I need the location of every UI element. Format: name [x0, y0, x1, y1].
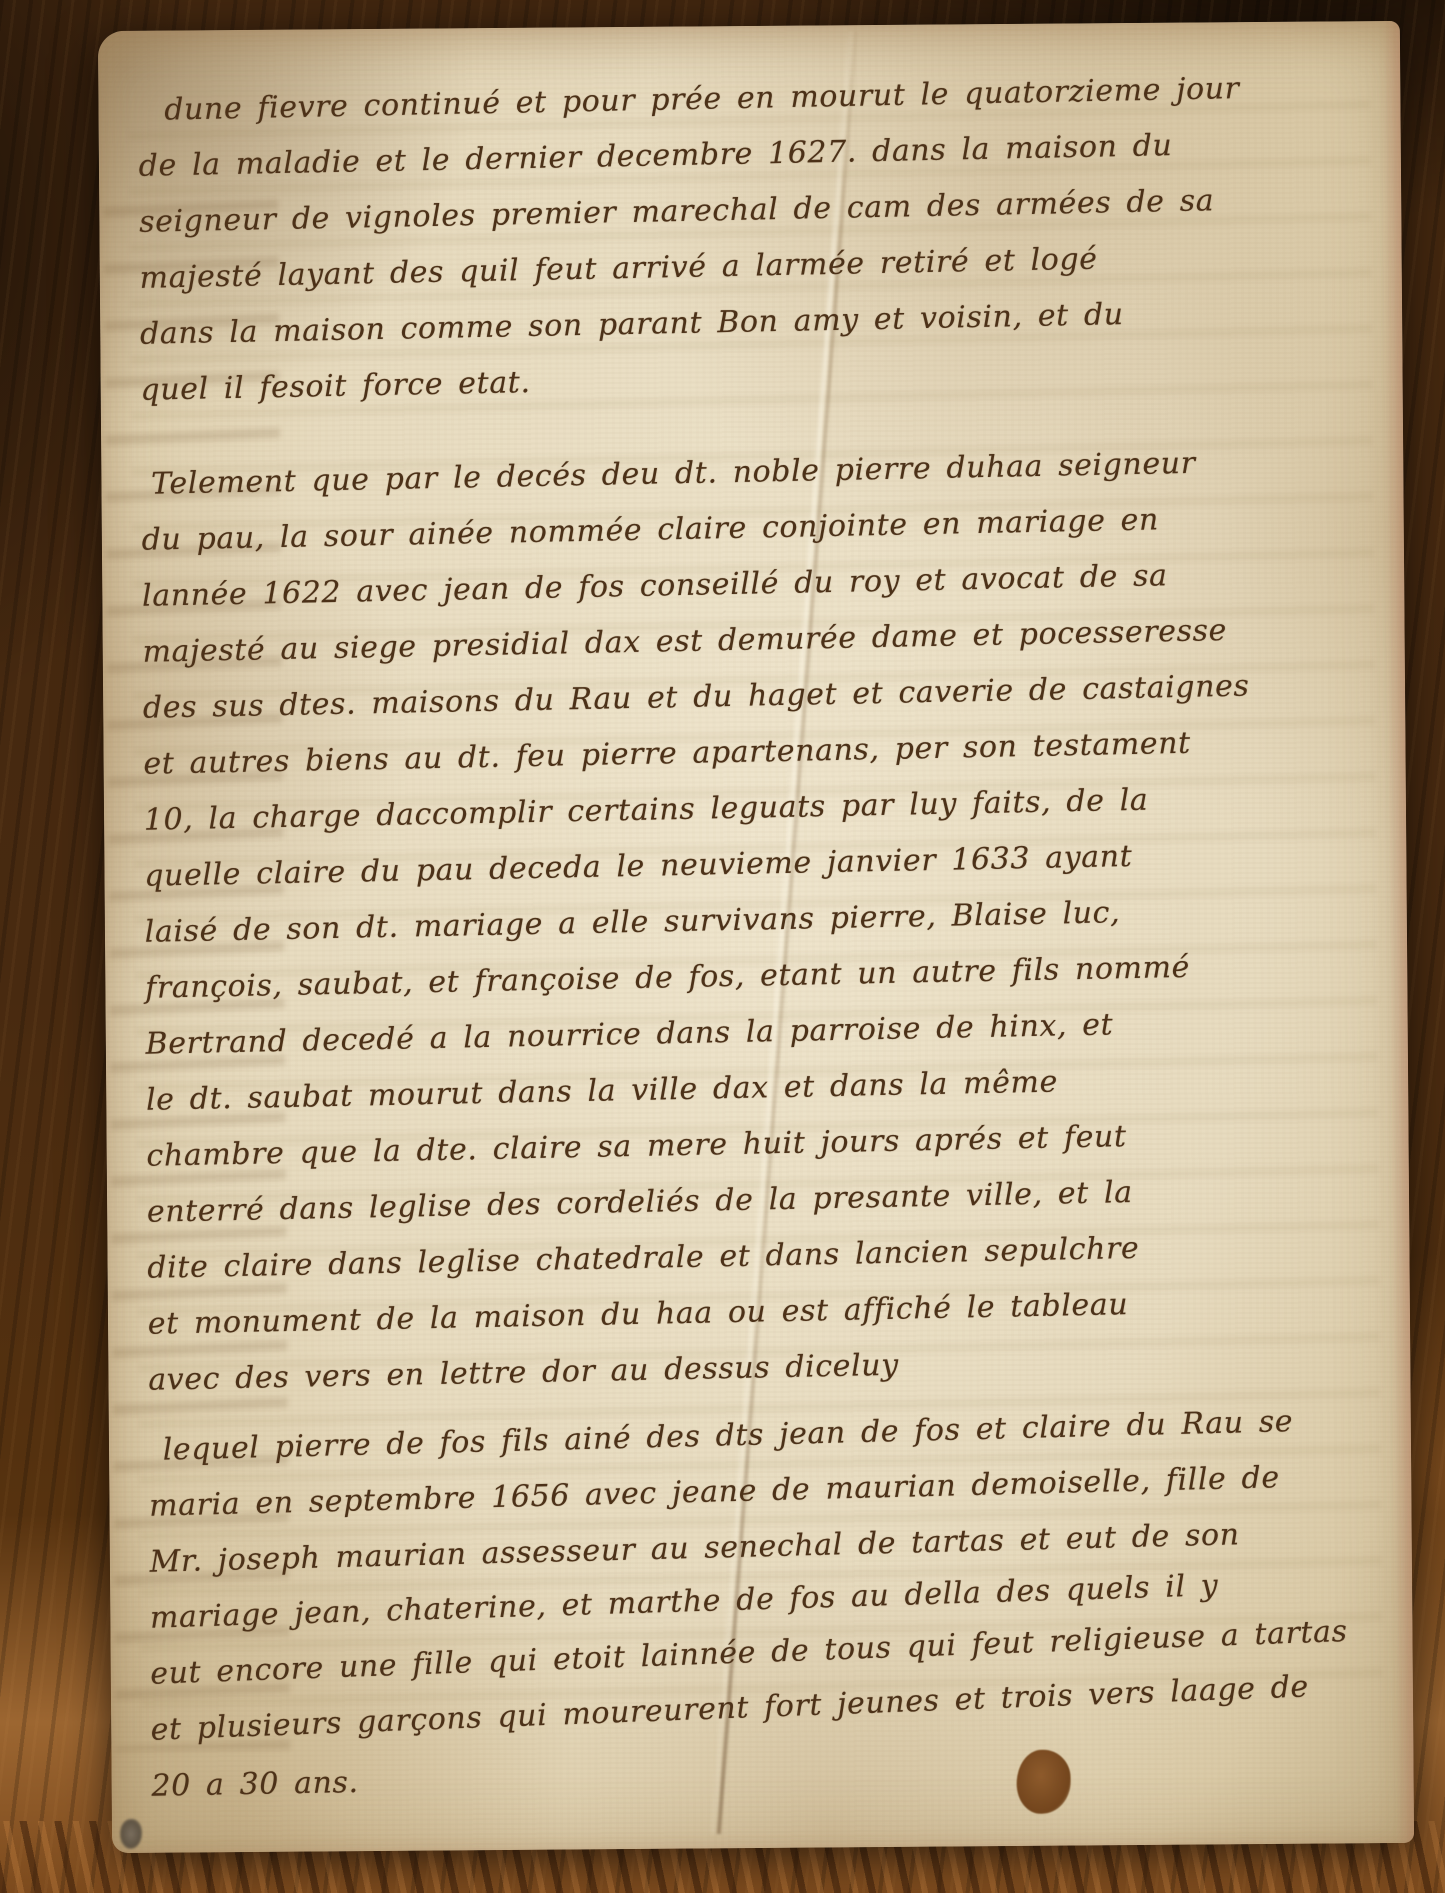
manuscript-paragraph: dune fievre continué et pour prée en mou…	[138, 73, 1397, 419]
manuscript-text: dune fievre continué et pour prée en mou…	[138, 73, 1408, 1815]
manuscript-paragraph: lequel pierre de fos fils ainé des dts j…	[149, 1413, 1408, 1815]
manuscript-paragraph: Telement que par le decés deu dt. noble …	[141, 447, 1404, 1409]
manuscript-page: dune fievre continué et pour prée en mou…	[98, 21, 1414, 1853]
